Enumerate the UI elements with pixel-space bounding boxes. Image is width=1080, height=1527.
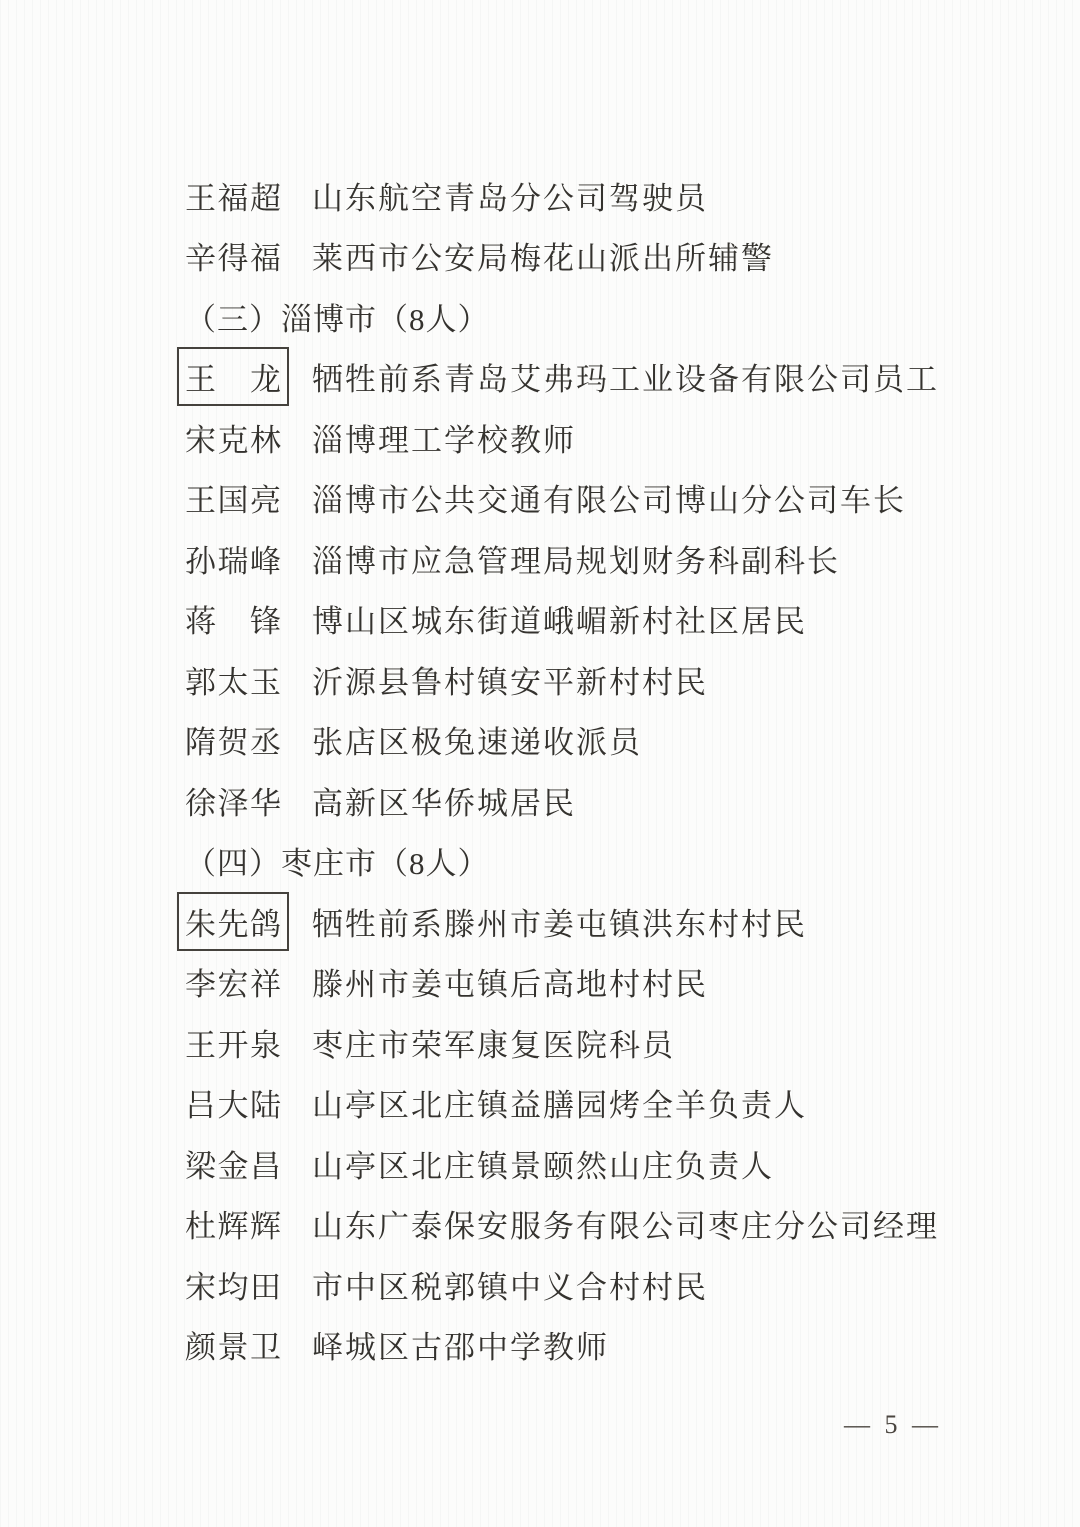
roster-list: 王福超 山东航空青岛分公司驾驶员 辛得福 莱西市公安局梅花山派出所辅警 （三）淄… xyxy=(185,165,1020,1375)
person-description: 市中区税郭镇中义合村村民 xyxy=(312,1262,708,1307)
person-description: 高新区华侨城居民 xyxy=(312,778,576,823)
person-description: 牺牲前系青岛艾弗玛工业设备有限公司员工 xyxy=(312,354,939,399)
person-description: 峄城区古邵中学教师 xyxy=(312,1322,609,1367)
person-description: 枣庄市荣军康复医院科员 xyxy=(312,1020,675,1065)
person-name: 宋均田 xyxy=(185,1262,283,1307)
roster-entry-row: 蒋 锋 博山区城东街道峨嵋新村社区居民 xyxy=(185,589,1020,650)
person-description: 淄博市公共交通有限公司博山分公司车长 xyxy=(312,475,906,520)
person-name: 隋贺丞 xyxy=(185,717,283,762)
person-name: 郭太玉 xyxy=(185,657,283,702)
section-heading-row: （四）枣庄市（8人） xyxy=(185,831,1020,892)
person-description: 山亭区北庄镇益膳园烤全羊负责人 xyxy=(312,1080,807,1125)
page-number: — 5 — xyxy=(828,1410,958,1440)
roster-entry-row: 朱先鸽 牺牲前系滕州市姜屯镇洪东村村民 xyxy=(185,891,1020,952)
section-heading-text: （四）枣庄市（8人） xyxy=(185,838,490,883)
person-description: 张店区极兔速递收派员 xyxy=(312,717,642,762)
person-name: 吕大陆 xyxy=(185,1080,283,1125)
roster-entry-row: 王开泉 枣庄市荣军康复医院科员 xyxy=(185,1012,1020,1073)
roster-entry-row: 孙瑞峰 淄博市应急管理局规划财务科副科长 xyxy=(185,528,1020,589)
person-name: 王 龙 xyxy=(185,354,283,399)
person-description: 山东广泰保安服务有限公司枣庄分公司经理 xyxy=(312,1201,939,1246)
person-name: 蒋 锋 xyxy=(185,596,283,641)
roster-entry-row: 王福超 山东航空青岛分公司驾驶员 xyxy=(185,165,1020,226)
person-description: 博山区城东街道峨嵋新村社区居民 xyxy=(312,596,807,641)
roster-entry-row: 郭太玉 沂源县鲁村镇安平新村村民 xyxy=(185,649,1020,710)
roster-entry-row: 颜景卫 峄城区古邵中学教师 xyxy=(185,1315,1020,1376)
person-name: 颜景卫 xyxy=(185,1322,283,1367)
roster-entry-row: 杜辉辉 山东广泰保安服务有限公司枣庄分公司经理 xyxy=(185,1194,1020,1255)
roster-entry-row: 宋均田 市中区税郭镇中义合村村民 xyxy=(185,1254,1020,1315)
person-name: 梁金昌 xyxy=(185,1141,283,1186)
roster-entry-row: 隋贺丞 张店区极兔速递收派员 xyxy=(185,710,1020,771)
person-name: 杜辉辉 xyxy=(185,1201,283,1246)
person-name: 朱先鸽 xyxy=(185,899,283,944)
person-name: 王开泉 xyxy=(185,1020,283,1065)
roster-entry-row: 王国亮 淄博市公共交通有限公司博山分公司车长 xyxy=(185,468,1020,529)
roster-entry-row: 王 龙 牺牲前系青岛艾弗玛工业设备有限公司员工 xyxy=(185,347,1020,408)
person-name: 王国亮 xyxy=(185,475,283,520)
person-description: 淄博理工学校教师 xyxy=(312,415,576,460)
person-name: 李宏祥 xyxy=(185,959,283,1004)
roster-entry-row: 吕大陆 山亭区北庄镇益膳园烤全羊负责人 xyxy=(185,1073,1020,1134)
roster-entry-row: 徐泽华 高新区华侨城居民 xyxy=(185,770,1020,831)
person-name: 王福超 xyxy=(185,173,283,218)
roster-entry-row: 辛得福 莱西市公安局梅花山派出所辅警 xyxy=(185,226,1020,287)
section-heading-row: （三）淄博市（8人） xyxy=(185,286,1020,347)
person-description: 莱西市公安局梅花山派出所辅警 xyxy=(312,233,774,278)
person-name: 宋克林 xyxy=(185,415,283,460)
person-description: 淄博市应急管理局规划财务科副科长 xyxy=(312,536,840,581)
roster-entry-row: 宋克林 淄博理工学校教师 xyxy=(185,407,1020,468)
document-page: 王福超 山东航空青岛分公司驾驶员 辛得福 莱西市公安局梅花山派出所辅警 （三）淄… xyxy=(0,0,1080,1527)
person-description: 滕州市姜屯镇后高地村村民 xyxy=(312,959,708,1004)
roster-entry-row: 李宏祥 滕州市姜屯镇后高地村村民 xyxy=(185,952,1020,1013)
person-description: 牺牲前系滕州市姜屯镇洪东村村民 xyxy=(312,899,807,944)
section-heading-text: （三）淄博市（8人） xyxy=(185,294,490,339)
person-description: 沂源县鲁村镇安平新村村民 xyxy=(312,657,708,702)
roster-entry-row: 梁金昌 山亭区北庄镇景颐然山庄负责人 xyxy=(185,1133,1020,1194)
person-name: 徐泽华 xyxy=(185,778,283,823)
person-description: 山亭区北庄镇景颐然山庄负责人 xyxy=(312,1141,774,1186)
person-name: 辛得福 xyxy=(185,233,283,278)
person-name: 孙瑞峰 xyxy=(185,536,283,581)
person-description: 山东航空青岛分公司驾驶员 xyxy=(312,173,708,218)
